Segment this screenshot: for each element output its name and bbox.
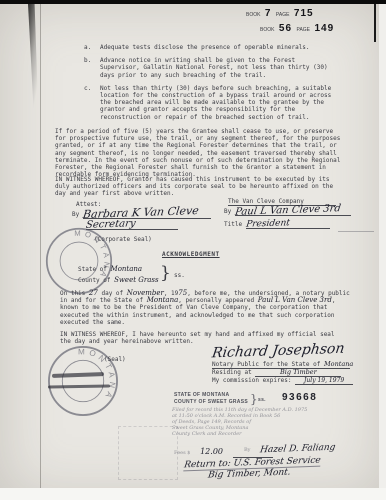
venue-brace: }: [160, 263, 171, 283]
residing-label: Residing at: [212, 369, 252, 376]
book-number: 56: [279, 23, 292, 34]
commission-line: My commission expires: July 19, 1979: [212, 377, 353, 385]
clause-item-a: a. Adequate tests disclose the presence …: [84, 44, 336, 51]
scan-right-edge-mark: [374, 4, 376, 42]
state-label: State of: [78, 266, 107, 273]
clause-text: Adequate tests disclose the presence of …: [100, 44, 336, 51]
binding-line: [40, 4, 41, 488]
by-label: By: [224, 208, 231, 215]
handwritten-day: 27: [89, 289, 98, 297]
clause-text: Advance notice in writing shall be given…: [100, 57, 336, 79]
recorder-state-line: STATE OF MONTANA: [174, 392, 229, 399]
attest-by-line: By Barbara K Van Cleve: [72, 209, 211, 219]
handwritten-state: Montana: [147, 296, 179, 304]
company-by-line: By Paul L Van Cleve 3rd: [224, 207, 351, 216]
typed-text: day of: [101, 290, 123, 297]
handwritten-residence: Big Timber: [280, 368, 317, 376]
title-label: Title: [224, 221, 242, 228]
handwritten-appearer: Paul L Van Cleve 3rd: [258, 296, 332, 304]
clause-letter: c.: [84, 85, 92, 121]
clause-letter: b.: [84, 57, 92, 79]
recorder-ss-label: ss.: [258, 397, 266, 404]
corporate-seal-stamp: MONTANA: [44, 226, 114, 296]
county-label: County of: [78, 277, 111, 284]
attest-signature: Barbara K Van Cleve: [82, 207, 199, 218]
clause-text: Not less than thirty (30) days before su…: [100, 85, 336, 121]
book-number: 7: [265, 8, 272, 19]
clause-item-c: c. Not less than thirty (30) days before…: [84, 85, 336, 121]
company-signature: Paul L Van Cleve 3rd: [234, 205, 341, 216]
by-label: By: [72, 211, 79, 218]
county-value: Sweet Grass: [114, 276, 158, 284]
seal-note: (Seal): [104, 356, 126, 363]
page-number: 149: [314, 23, 334, 34]
return-to-line-2: Big Timber, Mont.: [208, 461, 291, 480]
page-label: PAGE: [296, 27, 310, 33]
ss-label: ss.: [174, 272, 185, 279]
book-label: BOOK: [260, 27, 274, 33]
scan-bottom-margin: [0, 488, 386, 500]
typed-text: Notary Public for the State of: [212, 361, 320, 368]
corporate-witness-paragraph: IN WITNESS WHEREOF, Grantor has caused t…: [55, 176, 343, 198]
scan-right-margin: [379, 4, 386, 488]
company-title-script: President: [245, 220, 290, 229]
venue-county-line: County of Sweet Grass: [78, 277, 159, 284]
recorder-brace: }: [250, 392, 258, 406]
residing-line: Residing at Big Timber: [212, 369, 341, 377]
commission-label: My commission expires:: [212, 377, 291, 384]
reference-line-1: BOOK 7 PAGE 715: [246, 6, 334, 21]
recorder-county-line: COUNTY OF SWEET GRASS: [174, 399, 248, 406]
recorder-filed-block: Filed for record this 11th day of Decemb…: [172, 408, 322, 438]
notary-signature: Richard Josephson: [212, 340, 344, 359]
book-label: BOOK: [246, 12, 260, 18]
book-page-reference-stamp: BOOK 7 PAGE 715 BOOK 56 PAGE 149: [246, 6, 334, 36]
acknowledgment-heading: ACKNOWLEDGMENT: [162, 251, 220, 258]
handwritten-expiry: July 19, 1979: [304, 377, 344, 384]
reference-line-2: BOOK 56 PAGE 149: [260, 21, 334, 36]
notary-acknowledgment-paragraph: On this 27 day of November, 1975, before…: [60, 290, 352, 326]
faint-stamp-remnant: [118, 426, 178, 480]
scan-top-edge: [0, 0, 386, 4]
state-value: Montana: [111, 265, 143, 273]
handwritten-year: 75: [178, 289, 187, 297]
typed-text: On this: [60, 290, 85, 297]
stray-mark: [338, 231, 374, 232]
clause-item-b: b. Advance notice in writing shall be gi…: [84, 57, 336, 79]
termination-paragraph: If for a period of five (5) years the Gr…: [55, 128, 343, 178]
binding-shadow: [28, 4, 40, 164]
scanned-document-page: BOOK 7 PAGE 715 BOOK 56 PAGE 149 a. Adeq…: [0, 0, 386, 500]
handwritten-state: Montana: [324, 360, 353, 368]
clause-list: a. Adequate tests disclose the presence …: [84, 44, 336, 127]
venue-state-line: State of Montana: [78, 266, 142, 273]
document-number: 93668: [282, 392, 317, 403]
company-title-line: Title President: [224, 221, 330, 229]
typed-text: , personally appeared: [178, 297, 254, 304]
clause-letter: a.: [84, 44, 92, 51]
